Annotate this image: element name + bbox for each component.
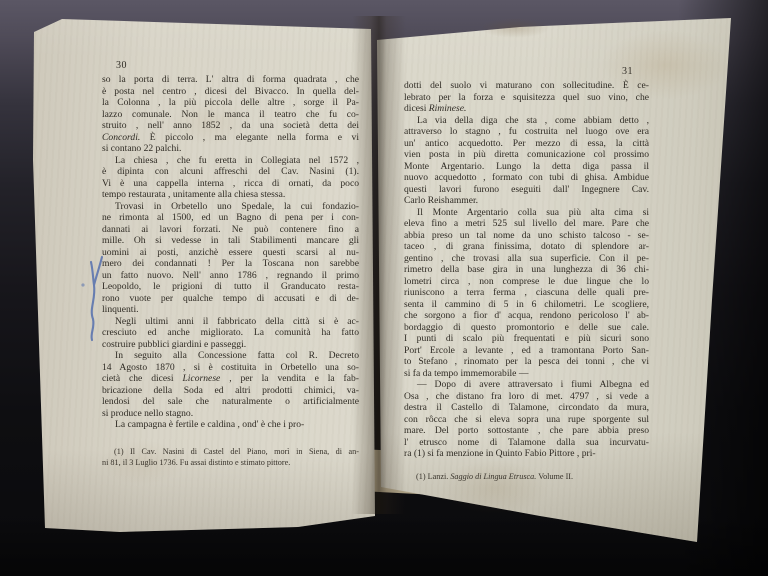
text-line: so la porta di terra. L' altra di forma … <box>102 74 359 86</box>
text-line: lebrato per la forza e squisitezza quel … <box>404 92 649 104</box>
text-line: eleva fino a metri 525 sul livello del m… <box>404 218 649 230</box>
text-line: l' etrusco nome di Talamone dalla sua in… <box>404 437 649 449</box>
text-line: Monte Argentario. Lungo la detta diga pa… <box>404 161 649 173</box>
text-line: Carlo Reishammer. <box>404 195 649 207</box>
text-line: Port' Ercole a levante , ed a tramontana… <box>404 345 649 357</box>
text-line: un' antico acquedotto. Per mezzo di essa… <box>404 138 649 150</box>
right-page-footnote: (1) Lanzi. Saggio di Lingua Etrusca. Vol… <box>404 471 649 482</box>
text-line: linquenti. <box>102 304 359 316</box>
text-line: Leopoldo, le prigioni di tutto il Grandu… <box>102 281 359 293</box>
text-line: to Stefano , rinomato per la pesca dei t… <box>404 356 649 368</box>
text-line: In seguito alla Concessione fatta col R.… <box>102 350 359 362</box>
text-line: cietà che dicesi Licornese , per la vend… <box>102 373 359 385</box>
text-line: che sorgono a fior d' acqua, rendono per… <box>404 310 649 322</box>
right-page-text: dotti del suolo vi maturano con sollecit… <box>404 80 649 460</box>
text-line: abbia preso un tal nome da uno schisto t… <box>404 230 649 242</box>
text-line: senta il cammino di 5 in 6 chilometri. L… <box>404 299 649 311</box>
text-line: un fatto nuovo. Nell' anno 1786 , regnan… <box>102 270 359 282</box>
text-line: la Colonna , la più piccola delle altre … <box>102 97 359 109</box>
text-line: Concordi. È piccolo , ma elegante nella … <box>102 132 359 144</box>
text-line: mero dei condannati ! Per la Toscana non… <box>102 258 359 270</box>
text-line: dannati ai lavori forzati. Ne può conten… <box>102 224 359 236</box>
text-line: dotti del suolo vi maturano con sollecit… <box>404 80 649 92</box>
text-line: si contano 22 palchi. <box>102 143 359 155</box>
left-page-footnote: (1) Il Cav. Nasini di Castel del Piano, … <box>102 446 359 468</box>
text-line: taceo , di grana finissima, dotato di sp… <box>404 241 649 253</box>
text-line: questi lavori furono eseguiti dall' Inge… <box>404 184 649 196</box>
text-line: destra il Castello di Talamone, circonda… <box>404 402 649 414</box>
text-line: rono vuote per qualche tempo di accusati… <box>102 293 359 305</box>
text-line: con rôcca che si eleva sopra una rupe sp… <box>404 414 649 426</box>
text-line: cresciuto ed anche migliorato. La comuni… <box>102 327 359 339</box>
age-stain <box>440 460 550 515</box>
text-line: lometri circa , non comprese le due ling… <box>404 276 649 288</box>
age-stain <box>480 18 550 38</box>
text-line: dicesi Riminese. <box>404 103 649 115</box>
text-line: ra (1) si fa menzione in Quinto Fabio Pi… <box>404 448 649 460</box>
text-line: La chiesa , che fu eretta in Collegiata … <box>102 155 359 167</box>
text-line: Trovasi in Orbetello uno Spedale, la cui… <box>102 201 359 213</box>
text-line: si fa da tempo immemorabile — <box>404 368 649 380</box>
text-line: bricazione della Soda ed altri prodotti … <box>102 385 359 397</box>
text-line: — Dopo di avere attraversato i fiumi Alb… <box>404 379 649 391</box>
text-line: La via della diga che sta , come abbiam … <box>404 115 649 127</box>
right-page-number: 31 <box>622 66 633 77</box>
text-line: uomini ai posti, anzichè essere questi s… <box>102 247 359 259</box>
text-line: mille. Oh si vedesse in tali Stabiliment… <box>102 235 359 247</box>
text-line: ne rimonta al 1500, ed un Bagno di pena … <box>102 212 359 224</box>
text-line: Osa , che distano fra loro di met. 4797 … <box>404 391 649 403</box>
left-page-number: 30 <box>116 60 127 71</box>
text-line: Vi è una cappella interna , ricca di orn… <box>102 178 359 190</box>
text-line: ni 81, il 3 Luglio 1736. Fu assai distin… <box>102 457 359 468</box>
text-line: attraverso lo stagno , fu costruita nel … <box>404 126 649 138</box>
text-line: è posta nel centro , dicesi del Bivacco.… <box>102 86 359 98</box>
left-page-text: so la porta di terra. L' altra di forma … <box>102 74 359 431</box>
text-line: rimetro della base gira in una lunghezza… <box>404 264 649 276</box>
text-line: 14 Agosto 1870 , si è costituita in Orbe… <box>102 362 359 374</box>
text-line: riuniscono a terra ferma , ciascuna dell… <box>404 287 649 299</box>
text-line: La campagna è fertile e caldina , ond' è… <box>102 419 359 431</box>
photo-background: 30 31 so la porta di terra. L' altra di … <box>0 0 768 576</box>
text-line: lazzo comunale. Non le manca il teatro c… <box>102 109 359 121</box>
text-line: costruire pubblici giardini e passeggi. <box>102 339 359 351</box>
text-line: mare. Del porto sottostante , che pare a… <box>404 425 649 437</box>
text-line: è dipinta con alcuni affreschi del Cav. … <box>102 166 359 178</box>
text-line: (1) Il Cav. Nasini di Castel del Piano, … <box>102 446 359 457</box>
text-line: Negli ultimi anni il fabbricato della ci… <box>102 316 359 328</box>
text-line: tempo restaurata , unitamente alla chies… <box>102 189 359 201</box>
text-line: lendosi del sale che naturalmente o arti… <box>102 396 359 408</box>
text-line: nuovo acquedotto , formato con tubi di g… <box>404 172 649 184</box>
text-line: struito , nell' anno 1852 , da una socie… <box>102 120 359 132</box>
text-line: vien posta in più diretta comunicazione … <box>404 149 649 161</box>
text-line: I punti di scalo più frequentati e più s… <box>404 333 649 345</box>
blue-ink-mark <box>80 252 114 348</box>
book-gutter-shadow <box>352 16 406 514</box>
text-line: bordaggio di questo promontorio e delle … <box>404 322 649 334</box>
text-line: si produce nello stagno. <box>102 408 359 420</box>
text-line: gentino , che trovasi alla sua superfici… <box>404 253 649 265</box>
text-line: Il Monte Argentario colla sua più alta c… <box>404 207 649 219</box>
text-line: (1) Lanzi. Saggio di Lingua Etrusca. Vol… <box>404 471 649 482</box>
